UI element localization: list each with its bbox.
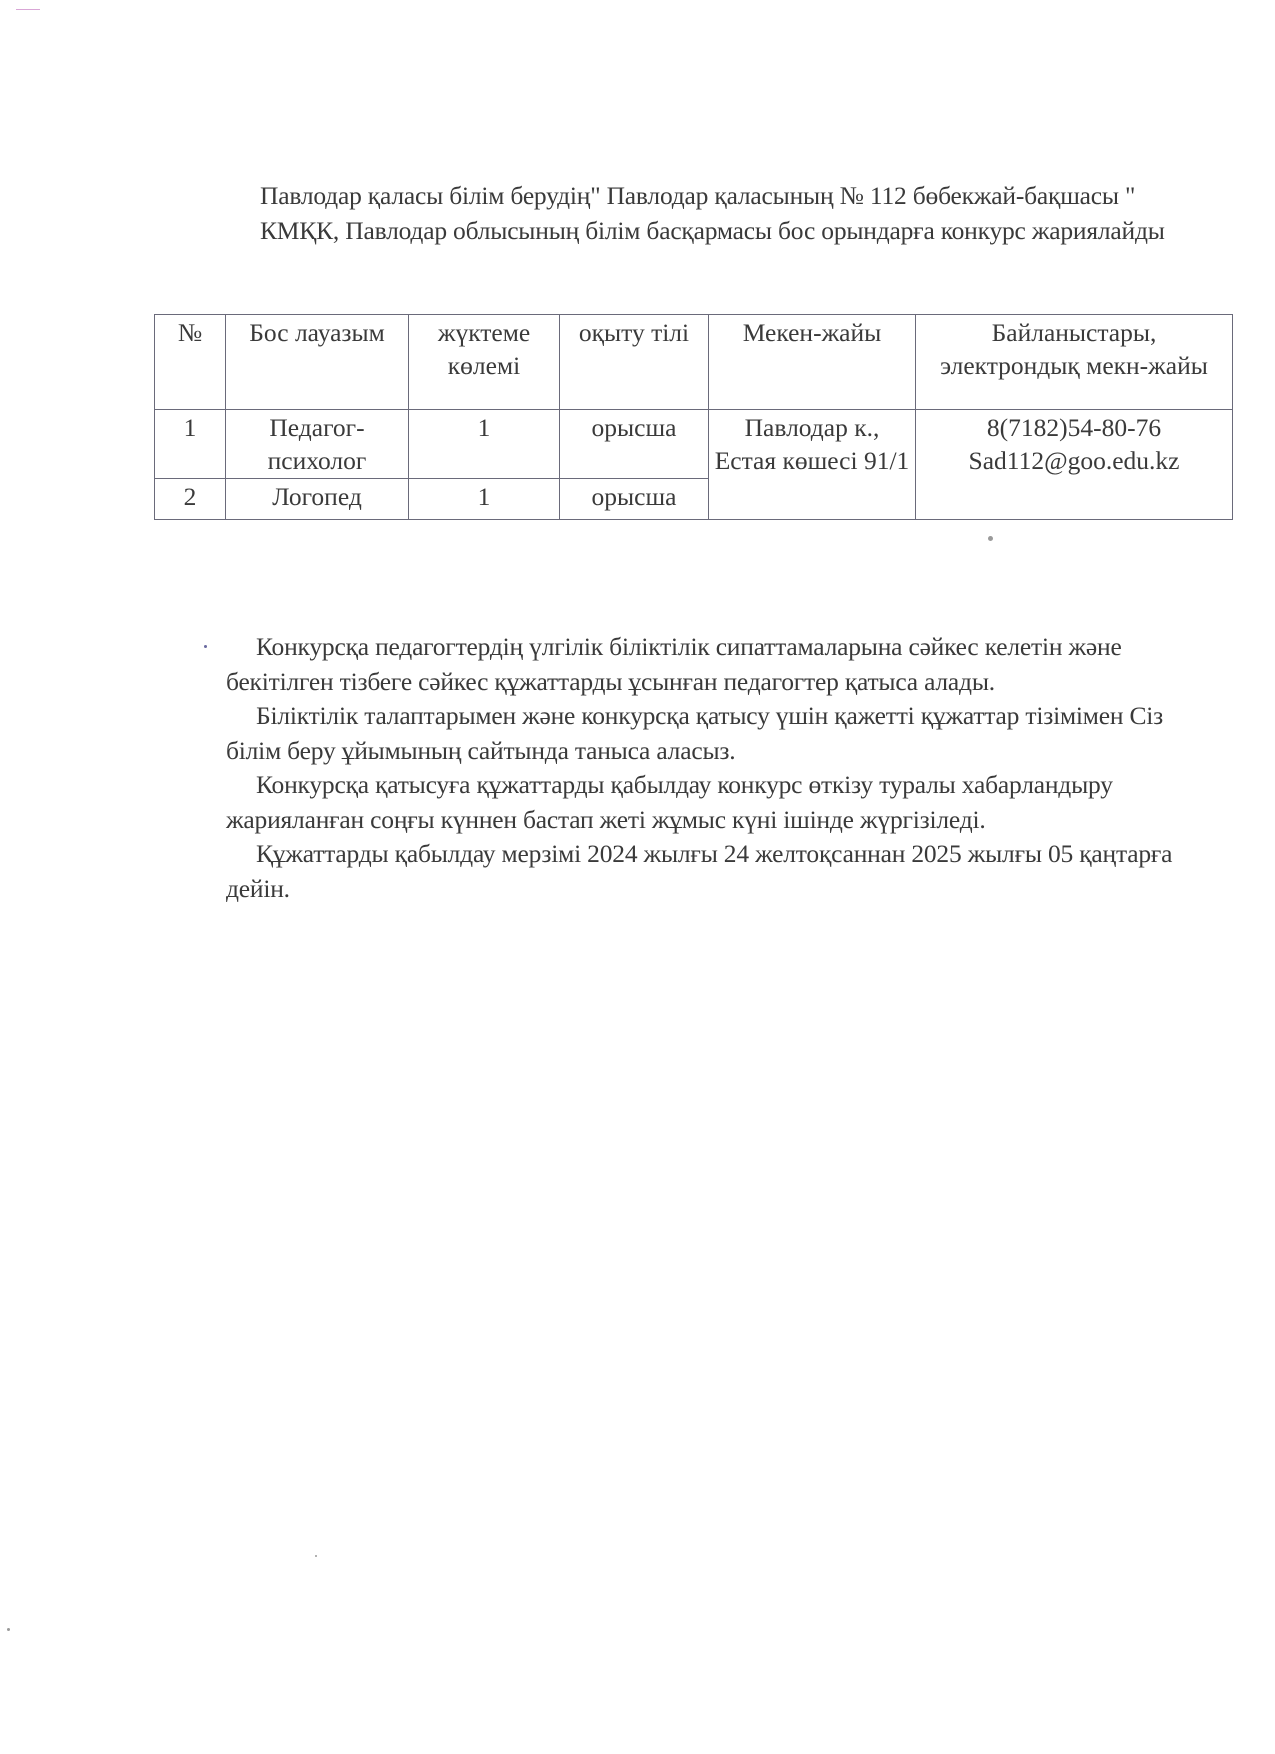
header-load: жүктеме көлемі	[409, 315, 560, 410]
announcement-intro: Павлодар қаласы білім берудің" Павлодар …	[226, 178, 1186, 248]
paragraph-requirements: Біліктілік талаптарымен және конкурсқа қ…	[226, 699, 1216, 768]
cell-position: Педагог-психолог	[226, 410, 409, 479]
cell-number: 2	[155, 479, 226, 520]
contact-phone: 8(7182)54-80-76	[920, 411, 1228, 444]
table-row: 1 Педагог-психолог 1 орысша Павлодар к.,…	[155, 410, 1233, 479]
scan-artifact	[16, 9, 40, 10]
paragraph-eligibility: Конкурсқа педагогтердің үлгілік біліктіл…	[226, 630, 1216, 699]
announcement-body: Конкурсқа педагогтердің үлгілік біліктіл…	[226, 630, 1216, 906]
cell-language: орысша	[560, 479, 709, 520]
cell-contacts: 8(7182)54-80-76 Sad112@goo.edu.kz	[916, 410, 1233, 520]
header-position: Бос лауазым	[226, 315, 409, 410]
paragraph-deadline: Құжаттарды қабылдау мерзімі 2024 жылғы 2…	[226, 837, 1216, 906]
header-contacts: Байланыстары, электрондық мекн-жайы	[916, 315, 1233, 410]
cell-load: 1	[409, 410, 560, 479]
vacancies-table: № Бос лауазым жүктеме көлемі оқыту тілі …	[154, 314, 1233, 520]
cell-address: Павлодар к., Естая көшесі 91/1	[709, 410, 916, 520]
paragraph-acceptance: Конкурсқа қатысуға құжаттарды қабылдау к…	[226, 768, 1216, 837]
scan-speck	[988, 536, 993, 541]
header-language: оқыту тілі	[560, 315, 709, 410]
contact-email: Sad112@goo.edu.kz	[920, 444, 1228, 477]
scan-dot	[204, 645, 207, 648]
table-header-row: № Бос лауазым жүктеме көлемі оқыту тілі …	[155, 315, 1233, 410]
intro-text: Павлодар қаласы білім берудің" Павлодар …	[226, 178, 1186, 248]
header-number: №	[155, 315, 226, 410]
header-address: Мекен-жайы	[709, 315, 916, 410]
scan-speck	[315, 1555, 317, 1557]
scan-speck	[7, 1628, 10, 1631]
cell-number: 1	[155, 410, 226, 479]
cell-load: 1	[409, 479, 560, 520]
cell-language: орысша	[560, 410, 709, 479]
cell-position: Логопед	[226, 479, 409, 520]
